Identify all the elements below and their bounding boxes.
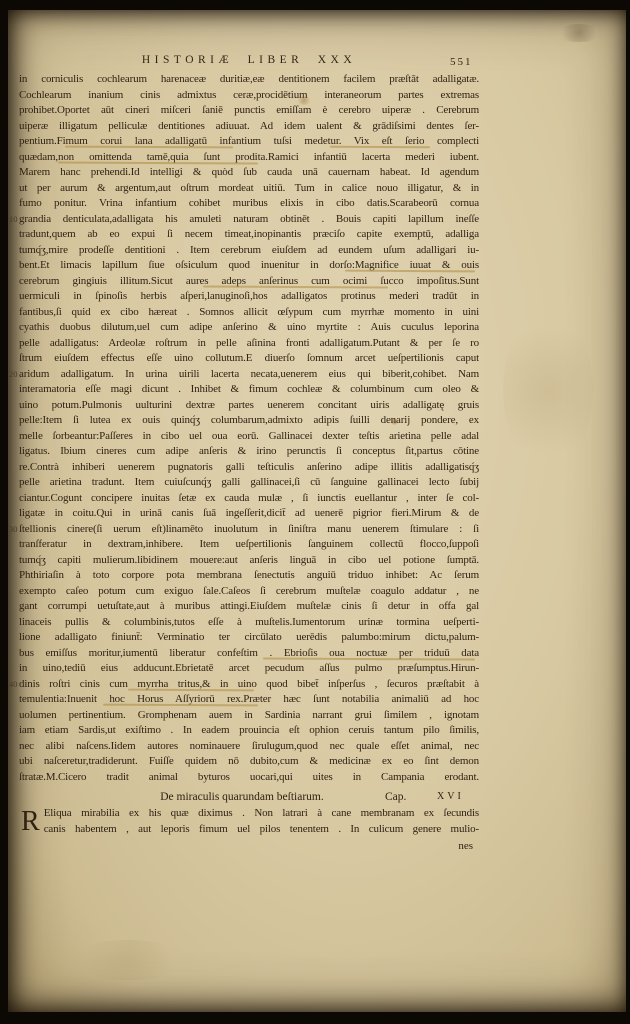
text-line: pelle arietina tradunt. Item cuiuſcunq́ʒ… — [19, 475, 479, 491]
text-line: ligatus. Ibium cineres cum adipe anſeris… — [19, 444, 479, 460]
text-line: linaceis pullis & columbinis,tutos eſſe … — [19, 615, 479, 631]
age-spot — [556, 24, 602, 42]
margin-line-number: 30 — [9, 524, 18, 534]
text-line: fantibus,ſi quid ex cibo hæreat . Somnos… — [19, 305, 479, 321]
page-number: 551 — [450, 56, 473, 68]
body-lines: in corniculis cochlearum harenaceæ durit… — [19, 72, 479, 785]
drop-initial: R — [19, 806, 44, 835]
age-spot — [503, 310, 593, 470]
text-line: ſtrum eiuſdem effectus eſſe uino collutu… — [19, 351, 479, 367]
book-page: HISTORIÆ LIBER XXX 551 10 20 30 40 in co… — [8, 10, 626, 1012]
chapter-heading: De miraculis quarundam beſtiarum. Cap. X… — [19, 789, 479, 805]
text-line: pelle adalligatus: Ardeolæ roſtrum in pe… — [19, 336, 479, 352]
text-line: uermiculi in ſpinoſis herbis aſperi,lanu… — [19, 289, 479, 305]
margin-line-number: 40 — [9, 679, 18, 689]
text-line: gant corrumpi uetuſtate,aut à muribus at… — [19, 599, 479, 615]
text-line: ciantur.Cogunt concipere inuitas ſetæ ex… — [19, 491, 479, 507]
text-line: lione adalligato finiunt̄: Verminatio te… — [19, 630, 479, 646]
chapter-cap-number: XVI — [437, 789, 464, 805]
text-line: canis habentem , aut leporis fimum uel p… — [44, 822, 479, 838]
text-line: ſtratæ.M.Cicero tradit animal byturos uo… — [19, 770, 479, 786]
text-line: tranſferatur in dextram,inhibere. Item u… — [19, 537, 479, 553]
text-line: Cochlearum inanium cinis admixtus ceræ,p… — [19, 88, 479, 104]
chapter-cap-label: Cap. — [385, 789, 406, 805]
margin-line-number: 10 — [9, 214, 18, 224]
text-line: tumq́ʒ,mire prodeſſe dentitioni . Item c… — [19, 243, 479, 259]
text-line: uolumen pertinentium. Gromphenam auem in… — [19, 708, 479, 724]
age-spot — [390, 418, 399, 425]
text-line: pelle:Item ſi lutea ex ouis quinq́ʒ colu… — [19, 413, 479, 429]
age-spot — [296, 96, 312, 105]
text-line: exempto caſeo potum cum exiguo ſale.Caſe… — [19, 584, 479, 600]
text-line: tumq́ʒ capiti mulierum.libidinem mouere:… — [19, 553, 479, 569]
text-line: ligatæ in coitu.Qui in urinā canis ſuā i… — [19, 506, 479, 522]
text-line: fumo ponitur. Vrina infantium cohibet mu… — [19, 196, 479, 212]
margin-line-number: 20 — [9, 369, 18, 379]
scan-frame: HISTORIÆ LIBER XXX 551 10 20 30 40 in co… — [0, 0, 630, 1024]
body-text: in corniculis cochlearum harenaceæ durit… — [19, 72, 479, 852]
text-line: ut per aurum & argentum,aut oſtrum morde… — [19, 181, 479, 197]
text-line: prohibet.Oportet aūt cineri miſceri ſani… — [19, 103, 479, 119]
text-line: ubi naſceretur,tradiderunt. Fuiſſe quide… — [19, 754, 479, 770]
running-title: HISTORIÆ LIBER XXX — [19, 54, 479, 66]
text-line: Phthiriaſin à toto corpore pota membrana… — [19, 568, 479, 584]
age-spot — [68, 940, 188, 980]
text-line: uino potum.Pulmonis uulturini dextræ par… — [19, 398, 479, 414]
text-line: in uino,tediū eius adducunt.Ebrietatē ar… — [19, 661, 479, 677]
text-line: melle ſorbeantur:Paſſeres in cibo uel ou… — [19, 429, 479, 445]
text-line: iam etiam Sardis,ut exiſtimo . In eadem … — [19, 723, 479, 739]
text-line: aridum adalligatum. In urina uirili lace… — [19, 367, 479, 383]
chapter-title: De miraculis quarundam beſtiarum. — [19, 789, 479, 805]
text-line: grandia denticulata,adalligata his amule… — [19, 212, 479, 228]
text-line: re.Contrà inhiberi uenerem pugnatoris ga… — [19, 460, 479, 476]
text-line: Marem hanc prehendi.Id intelligi & quòd … — [19, 165, 479, 181]
catchword: nes — [19, 840, 479, 852]
text-line: uiperæ illigatum pelliculæ dentitiones a… — [19, 119, 479, 135]
closing-paragraph: R Eliqua mirabilia ex his quæ diximus . … — [19, 806, 479, 837]
text-line: nec alibi naſcens.Iidem autores nominaue… — [19, 739, 479, 755]
text-line: ſtellionis cinere(ſi uerum eſt)linamēto … — [19, 522, 479, 538]
text-line: interamatoria eſſe magi dicunt . Inhibet… — [19, 382, 479, 398]
text-line: tradunt,quem ab eo expui ſi necem timeat… — [19, 227, 479, 243]
text-line: Eliqua mirabilia ex his quæ diximus . No… — [44, 806, 479, 822]
text-line: in corniculis cochlearum harenaceæ durit… — [19, 72, 479, 88]
text-line: cyathis duobus dilutum,uel cum adipe anſ… — [19, 320, 479, 336]
